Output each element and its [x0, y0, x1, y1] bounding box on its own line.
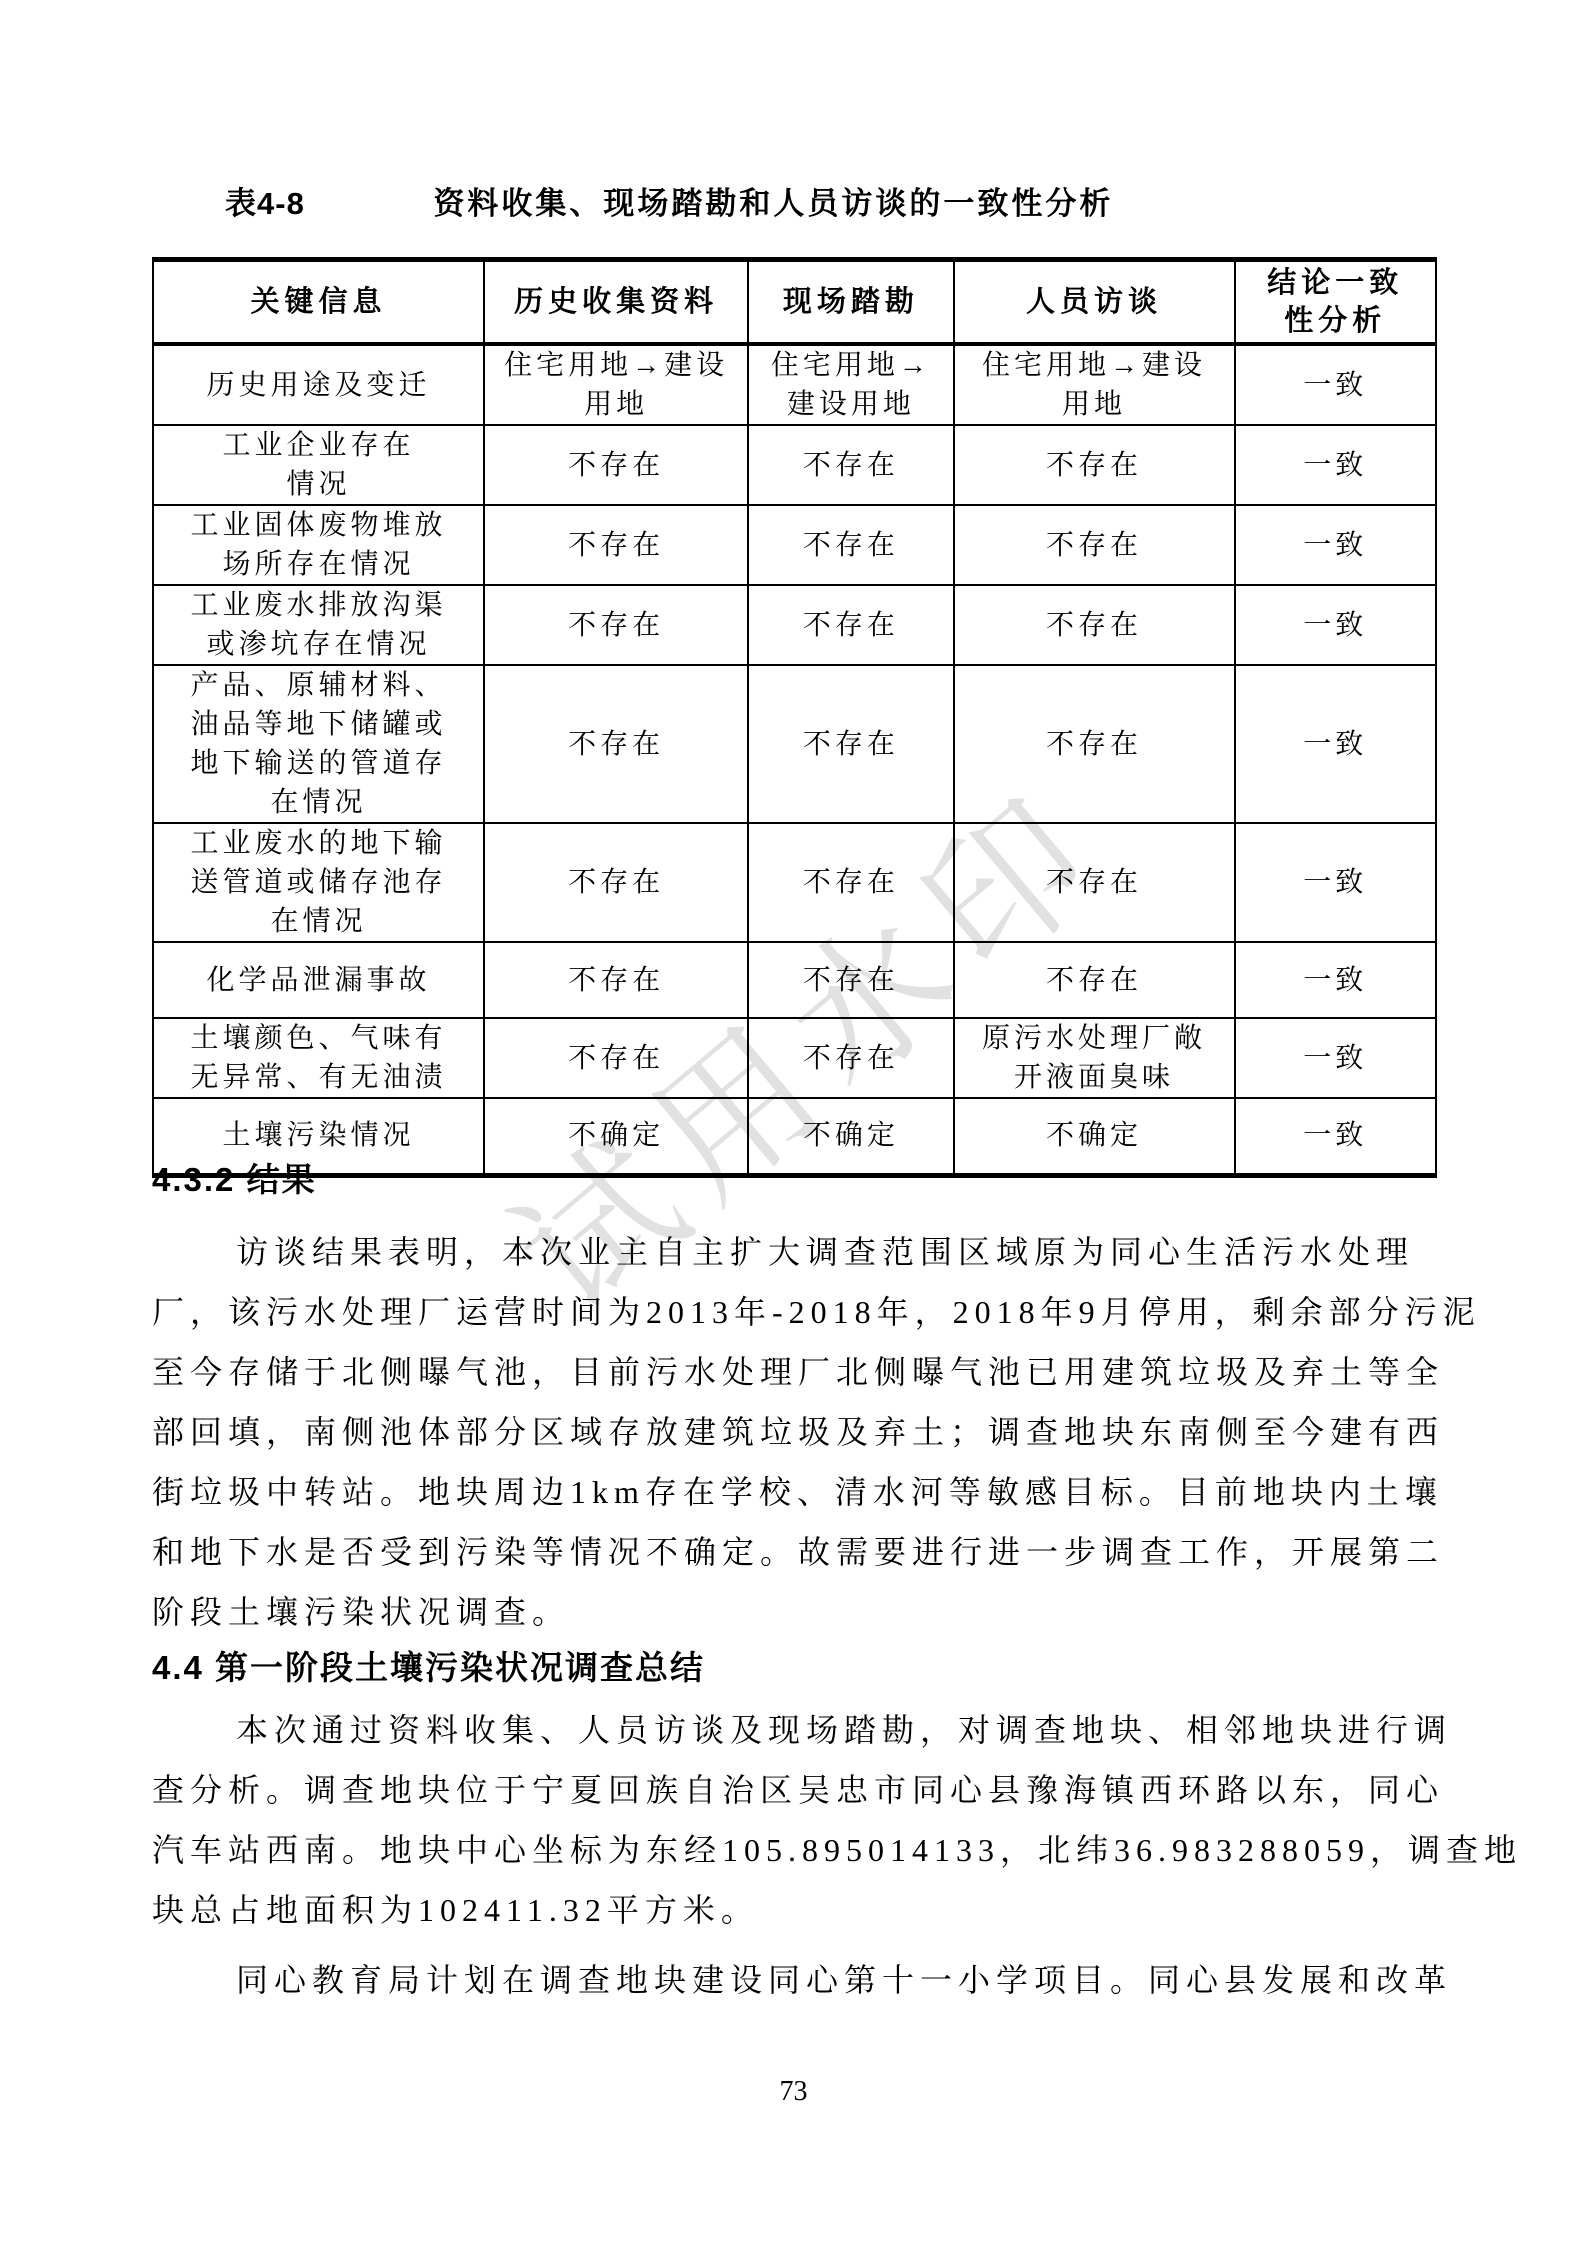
body-text-line: 本次通过资料收集、人员访谈及现场踏勘，对调查地块、相邻地块进行调 [152, 1700, 1437, 1760]
table-cell: 一致 [1235, 1098, 1436, 1175]
table-cell: 一致 [1235, 425, 1436, 505]
table-row: 土壤污染情况不确定不确定不确定一致 [153, 1098, 1436, 1175]
table-header-cell: 人员访谈 [954, 260, 1235, 345]
table-row: 工业废水的地下输 送管道或储存池存 在情况不存在不存在不存在一致 [153, 823, 1436, 942]
table-row: 历史用途及变迁住宅用地→建设 用地住宅用地→ 建设用地住宅用地→建设 用地一致 [153, 344, 1436, 425]
table-cell: 一致 [1235, 344, 1436, 425]
table-header-cell: 历史收集资料 [484, 260, 748, 345]
paragraph-school-project: 同心教育局计划在调查地块建设同心第十一小学项目。同心县发展和改革 [152, 1950, 1437, 2010]
paragraph-interview-results: 访谈结果表明，本次业主自主扩大调查范围区域原为同心生活污水处理厂，该污水处理厂运… [152, 1222, 1437, 1642]
body-text-line: 阶段土壤污染状况调查。 [152, 1582, 1437, 1642]
table-caption-title: 资料收集、现场踏勘和人员访谈的一致性分析 [433, 186, 1113, 221]
body-text-line: 同心教育局计划在调查地块建设同心第十一小学项目。同心县发展和改革 [152, 1950, 1437, 2010]
table-caption: 表4-8 资料收集、现场踏勘和人员访谈的一致性分析 [152, 184, 1437, 224]
table-cell: 不存在 [954, 585, 1235, 665]
table-cell: 不存在 [484, 665, 748, 823]
table-cell: 不存在 [954, 665, 1235, 823]
table-row: 土壤颜色、气味有 无异常、有无油渍不存在不存在原污水处理厂敞 开液面臭味一致 [153, 1018, 1436, 1098]
table-cell: 一致 [1235, 942, 1436, 1018]
table-cell: 原污水处理厂敞 开液面臭味 [954, 1018, 1235, 1098]
body-text-line: 块总占地面积为102411.32平方米。 [152, 1880, 1437, 1940]
body-text-line: 访谈结果表明，本次业主自主扩大调查范围区域原为同心生活污水处理 [152, 1222, 1437, 1282]
table-cell: 一致 [1235, 665, 1436, 823]
table-cell: 一致 [1235, 505, 1436, 585]
table-cell: 不确定 [954, 1098, 1235, 1175]
consistency-analysis-table: 关键信息历史收集资料现场踏勘人员访谈结论一致 性分析 历史用途及变迁住宅用地→建… [152, 257, 1437, 1178]
table-header-cell: 关键信息 [153, 260, 484, 345]
table-cell: 工业固体废物堆放 场所存在情况 [153, 505, 484, 585]
table-cell: 不确定 [748, 1098, 953, 1175]
table-caption-label: 表4-8 [225, 186, 305, 221]
table-cell: 不存在 [748, 665, 953, 823]
table-cell: 一致 [1235, 1018, 1436, 1098]
body-text-line: 街垃圾中转站。地块周边1km存在学校、清水河等敏感目标。目前地块内土壤 [152, 1462, 1437, 1522]
table-cell: 历史用途及变迁 [153, 344, 484, 425]
body-text-line: 查分析。调查地块位于宁夏回族自治区吴忠市同心县豫海镇西环路以东，同心 [152, 1760, 1437, 1820]
section-heading-4-4: 4.4 第一阶段土壤污染状况调查总结 [152, 1646, 705, 1690]
table-cell: 不存在 [484, 505, 748, 585]
table-cell: 住宅用地→建设 用地 [484, 344, 748, 425]
table-cell: 不存在 [484, 425, 748, 505]
paragraph-phase1-summary: 本次通过资料收集、人员访谈及现场踏勘，对调查地块、相邻地块进行调查分析。调查地块… [152, 1700, 1437, 1940]
table-cell: 不存在 [748, 823, 953, 942]
table-cell: 工业废水的地下输 送管道或储存池存 在情况 [153, 823, 484, 942]
page: { "watermark": { "text": "试用水印" }, "capt… [0, 0, 1587, 2245]
body-text-line: 至今存储于北侧曝气池，目前污水处理厂北侧曝气池已用建筑垃圾及弃土等全 [152, 1342, 1437, 1402]
table-cell: 不存在 [954, 505, 1235, 585]
table-header-row: 关键信息历史收集资料现场踏勘人员访谈结论一致 性分析 [153, 260, 1436, 345]
table-cell: 不存在 [484, 942, 748, 1018]
table-cell: 不存在 [954, 942, 1235, 1018]
table-cell: 不存在 [748, 505, 953, 585]
table-cell: 不存在 [748, 1018, 953, 1098]
table-row: 工业废水排放沟渠 或渗坑存在情况不存在不存在不存在一致 [153, 585, 1436, 665]
table-cell: 工业企业存在 情况 [153, 425, 484, 505]
table-cell: 一致 [1235, 585, 1436, 665]
table-cell: 土壤颜色、气味有 无异常、有无油渍 [153, 1018, 484, 1098]
table-row: 产品、原辅材料、 油品等地下储罐或 地下输送的管道存 在情况不存在不存在不存在一… [153, 665, 1436, 823]
table-header-cell: 结论一致 性分析 [1235, 260, 1436, 345]
body-text-line: 汽车站西南。地块中心坐标为东经105.895014133，北纬36.983288… [152, 1820, 1437, 1880]
table-cell: 产品、原辅材料、 油品等地下储罐或 地下输送的管道存 在情况 [153, 665, 484, 823]
table-cell: 住宅用地→ 建设用地 [748, 344, 953, 425]
table-cell: 不存在 [954, 425, 1235, 505]
table-cell: 工业废水排放沟渠 或渗坑存在情况 [153, 585, 484, 665]
body-text-line: 和地下水是否受到污染等情况不确定。故需要进行进一步调查工作，开展第二 [152, 1522, 1437, 1582]
table-cell: 不存在 [748, 425, 953, 505]
table-cell: 住宅用地→建设 用地 [954, 344, 1235, 425]
body-text-line: 部回填，南侧池体部分区域存放建筑垃圾及弃土；调查地块东南侧至今建有西 [152, 1402, 1437, 1462]
table-header-cell: 现场踏勘 [748, 260, 953, 345]
table-cell: 不存在 [484, 585, 748, 665]
table-row: 工业固体废物堆放 场所存在情况不存在不存在不存在一致 [153, 505, 1436, 585]
table-cell: 不存在 [484, 823, 748, 942]
table-cell: 化学品泄漏事故 [153, 942, 484, 1018]
table-cell: 一致 [1235, 823, 1436, 942]
table-cell: 不存在 [484, 1018, 748, 1098]
table-cell: 不存在 [954, 823, 1235, 942]
table-row: 化学品泄漏事故不存在不存在不存在一致 [153, 942, 1436, 1018]
table-cell: 不存在 [748, 942, 953, 1018]
body-text-line: 厂，该污水处理厂运营时间为2013年-2018年，2018年9月停用，剩余部分污… [152, 1282, 1437, 1342]
section-heading-4-3-2: 4.3.2 结果 [152, 1158, 317, 1202]
table-cell: 不确定 [484, 1098, 748, 1175]
page-number: 73 [0, 2076, 1587, 2108]
table-cell: 不存在 [748, 585, 953, 665]
table-row: 工业企业存在 情况不存在不存在不存在一致 [153, 425, 1436, 505]
